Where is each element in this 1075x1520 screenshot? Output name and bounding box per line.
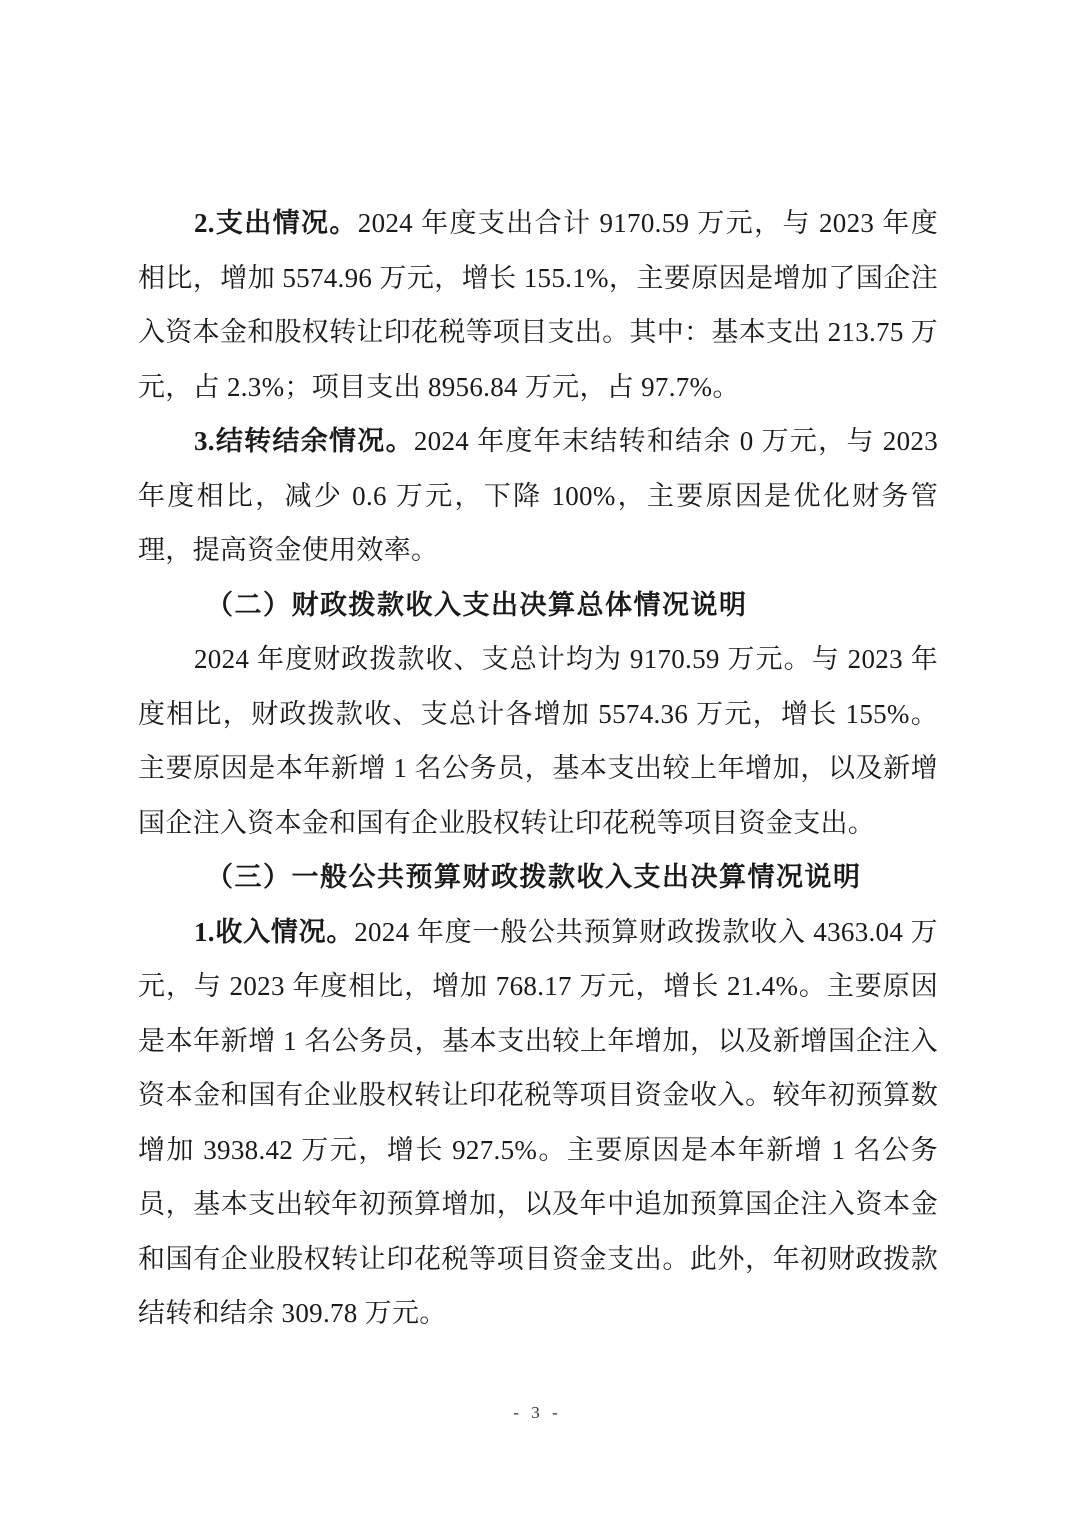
document-page: 2.支出情况。2024 年度支出合计 9170.59 万元，与 2023 年度相… [138,196,938,1341]
paragraph-text: 2024 年度一般公共预算财政拨款收入 4363.04 万元，与 2023 年度… [138,917,938,1329]
page-number: - 3 - [0,1403,1075,1423]
paragraph-fiscal-overview: 2024 年度财政拨款收、支总计均为 9170.59 万元。与 2023 年度相… [138,632,938,850]
paragraph-lead: 2.支出情况。 [194,208,358,238]
paragraph-carryover: 3.结转结余情况。2024 年度年末结转和结余 0 万元，与 2023 年度相比… [138,414,938,578]
paragraph-lead: 1.收入情况。 [194,917,354,947]
section-heading-fiscal-overview: （二）财政拨款收入支出决算总体情况说明 [138,578,938,633]
paragraph-expenditure: 2.支出情况。2024 年度支出合计 9170.59 万元，与 2023 年度相… [138,196,938,414]
paragraph-text: 2024 年度财政拨款收、支总计均为 9170.59 万元。与 2023 年度相… [138,644,938,838]
paragraph-lead: 3.结转结余情况。 [194,426,414,456]
section-heading-general-budget: （三）一般公共预算财政拨款收入支出决算情况说明 [138,850,938,905]
paragraph-income: 1.收入情况。2024 年度一般公共预算财政拨款收入 4363.04 万元，与 … [138,905,938,1341]
